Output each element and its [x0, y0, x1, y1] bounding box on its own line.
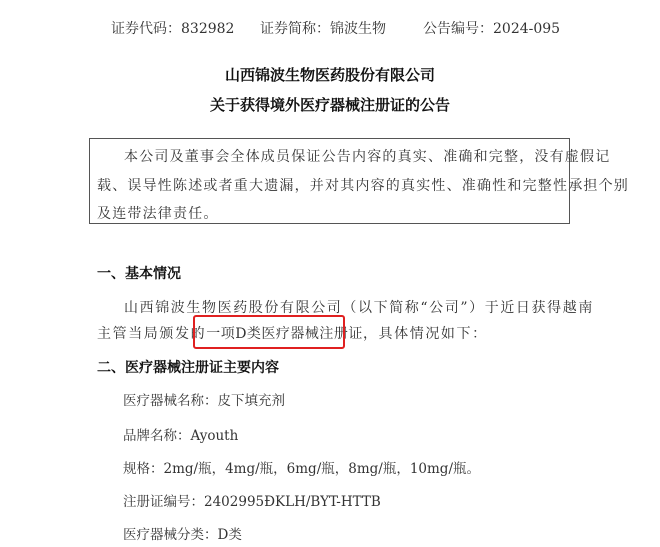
para-pre: 主管当局颁发的 [97, 326, 206, 342]
para-post: ，具体情况如下： [363, 326, 488, 342]
red-highlight-box [193, 315, 345, 349]
announcement-title: 关于获得境外医疗器械注册证的公告 [0, 94, 660, 115]
disclaimer-line-2: 载、误导性陈述或者重大遗漏，并对其内容的真实性、准确性和完整性承担个别 [97, 175, 629, 195]
section-1-para-line-1: 山西锦波生物医药股份有限公司（以下简称“公司”）于近日获得越南 [124, 297, 594, 317]
section-2-heading: 二、医疗器械注册证主要内容 [97, 357, 279, 377]
field-brand-name: 品牌名称：Ayouth [123, 424, 238, 444]
stock-code: 证券代码：832982 [111, 18, 234, 38]
section-1-heading: 一、基本情况 [97, 263, 181, 283]
field-specification: 规格：2mg/瓶，4mg/瓶，6mg/瓶，8mg/瓶，10mg/瓶。 [123, 457, 480, 477]
announcement-number: 公告编号：2024-095 [423, 18, 560, 38]
field-device-name: 医疗器械名称：皮下填充剂 [123, 389, 285, 409]
stock-name: 证券简称：锦波生物 [260, 18, 386, 38]
company-title: 山西锦波生物医药股份有限公司 [0, 64, 660, 85]
field-device-class: 医疗器械分类：D类 [123, 523, 242, 543]
disclaimer-line-1: 本公司及董事会全体成员保证公告内容的真实、准确和完整，没有虚假记 [124, 146, 610, 166]
field-registration-number: 注册证编号：2402995ĐKLH/BYT-HTTB [123, 490, 381, 510]
disclaimer-line-3: 及连带法律责任。 [97, 203, 219, 223]
